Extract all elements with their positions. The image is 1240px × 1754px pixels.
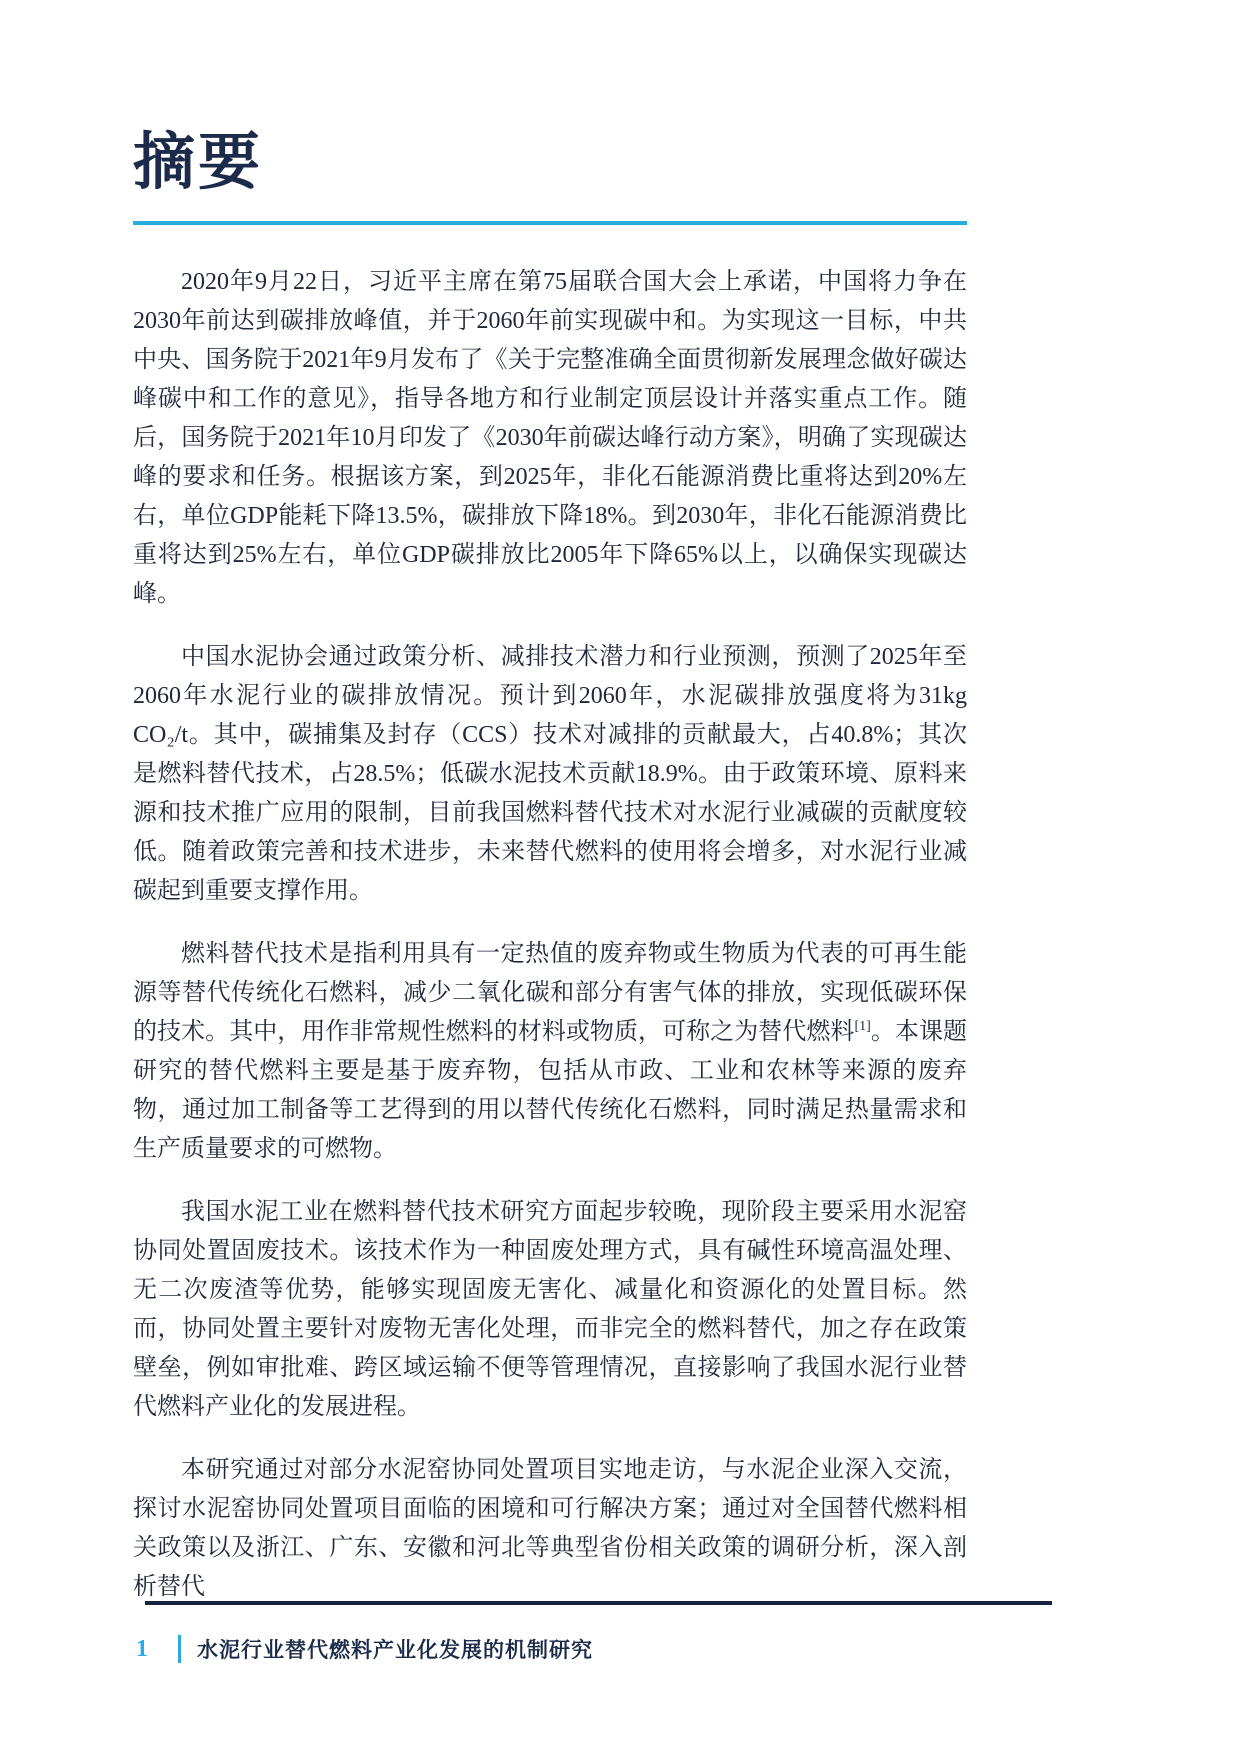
title-underline-rule [133,221,967,225]
paragraph-3-text-before: 燃料替代技术是指利用具有一定热值的废弃物或生物质为代表的可再生能源等替代传统化石… [133,941,967,1045]
page-number: 1 [136,1636,164,1663]
footer-divider-rule [145,1601,1052,1605]
footer-separator-bar [178,1635,181,1663]
page-title: 摘要 [133,128,967,197]
abstract-paragraph-3: 燃料替代技术是指利用具有一定热值的废弃物或生物质为代表的可再生能源等替代传统化石… [133,935,967,1169]
abstract-paragraph-4: 我国水泥工业在燃料替代技术研究方面起步较晚，现阶段主要采用水泥窑协同处置固废技术… [133,1193,967,1427]
footer-report-title: 水泥行业替代燃料产业化发展的机制研究 [197,1634,593,1664]
page-content: 摘要 2020年9月22日，习近平主席在第75届联合国大会上承诺，中国将力争在2… [133,128,967,1607]
abstract-paragraph-2: 中国水泥协会通过政策分析、减排技术潜力和行业预测，预测了2025年至2060年水… [133,638,967,911]
abstract-body: 2020年9月22日，习近平主席在第75届联合国大会上承诺，中国将力争在2030… [133,263,967,1607]
abstract-paragraph-1: 2020年9月22日，习近平主席在第75届联合国大会上承诺，中国将力争在2030… [133,263,967,614]
document-page: 摘要 2020年9月22日，习近平主席在第75届联合国大会上承诺，中国将力争在2… [0,0,1240,1754]
footnote-reference-1: [1] [854,1019,870,1034]
page-footer: 1 水泥行业替代燃料产业化发展的机制研究 [136,1634,593,1664]
abstract-paragraph-5: 本研究通过对部分水泥窑协同处置项目实地走访，与水泥企业深入交流，探讨水泥窑协同处… [133,1451,967,1607]
